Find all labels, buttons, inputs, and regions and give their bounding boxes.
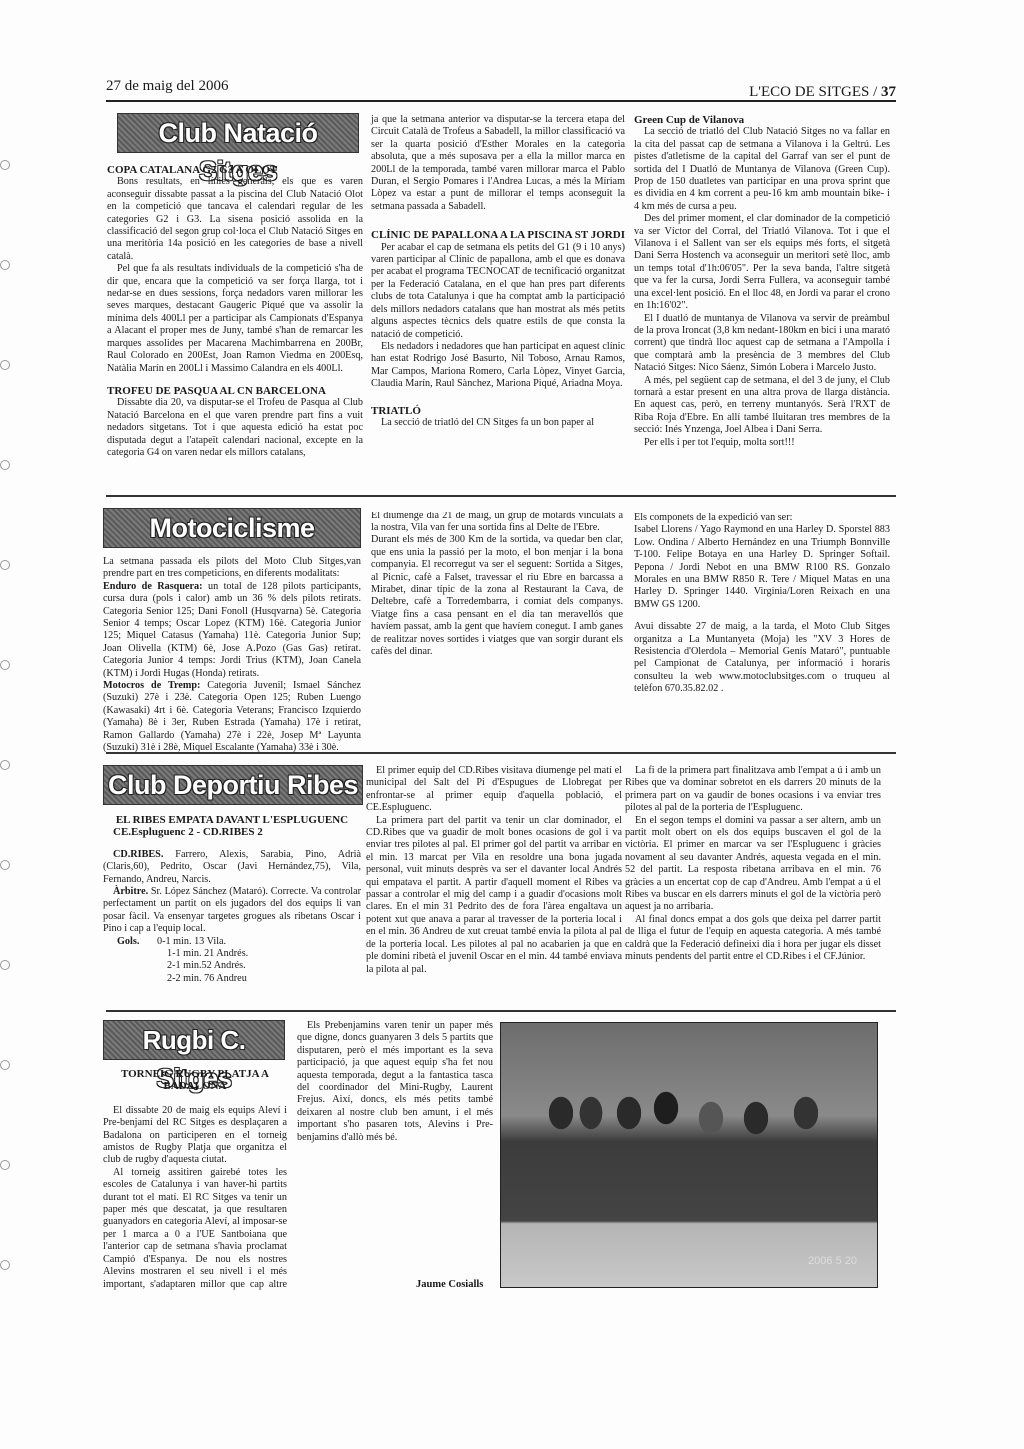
article-paragraph: Al torneig assitiren gairebé totes les e… [103,1167,287,1290]
article-paragraph: ja que la setmana anterior va disputar-s… [371,114,625,213]
article-heading: EL RIBES EMPATA DAVANT L'ESPLUGUENC [103,814,361,826]
article-paragraph: Al final doncs empat a dos gols que deix… [625,914,881,964]
goal-entry: 0-1 min. 13 Vila. [157,936,248,948]
article-paragraph: Pel que fa als resultats individuals de … [107,263,363,375]
article-paragraph: El diumenge dia 21 de maig, un grup de m… [371,512,623,534]
author-signature: Jaume Cosialls [416,1279,483,1290]
ribes-column-1: EL RIBES EMPATA DAVANT L'ESPLUGUENC CE.E… [103,814,361,985]
section-banner-rugbi: Rugbi C. Sitges [103,1020,285,1060]
section-banner-natacio: Club Natació Sitges [117,113,359,153]
team-photo: 2006 5 20 [500,1022,878,1288]
section-divider [106,752,896,754]
article-heading: CLÍNIC DE PAPALLONA A LA PISCINA ST JORD… [371,229,625,241]
rugbi-column-1: TORNEIG RUGBY PLATJA A BADALONA El dissa… [103,1068,287,1290]
section-divider [106,1010,896,1012]
article-paragraph: Per acabar el cap de setmana els petits … [371,242,625,341]
event-label: Motocros de Tremp: [103,680,200,691]
article-paragraph: El primer equip del CD.Ribes visitava di… [366,765,622,815]
article-paragraph: La fi de la primera part finalitzava amb… [625,765,881,815]
article-paragraph: El I duatló de muntanya de Vilanova va s… [634,313,890,375]
goals-list: Gols. 0-1 min. 13 Vila. 1-1 min. 21 Andr… [103,936,361,986]
page-number: 37 [881,84,896,100]
article-paragraph: Per ells i per tot l'equip, molta sort!!… [634,437,890,449]
event-label: Enduro de Rasquera: [103,581,203,592]
newspaper-page: 27 de maig del 2006 L'ECO DE SITGES / 37… [0,0,1024,1449]
goals-entries: 0-1 min. 13 Vila. 1-1 min. 21 Andrés. 2-… [157,936,248,986]
article-paragraph: Motocros de Tremp: Categoria Juvenil; Is… [103,680,361,754]
article-paragraph: Bons resultats, en línies generals, els … [107,176,363,263]
lineup-label: CD.RIBES. [113,849,163,860]
match-score-heading: CE.Espluguenc 2 - CD.RIBES 2 [103,826,361,838]
ring-hole [0,260,10,270]
goal-entry: 1-1 min. 21 Andrés. [157,948,248,960]
ring-hole [0,1160,10,1170]
article-heading: COPA CATALANA G2 G3 A OLOT [107,164,363,176]
natacio-column-3: Green Cup de Vilanova La secció de triat… [634,114,890,449]
ribes-column-2: El primer equip del CD.Ribes visitava di… [366,765,622,976]
ring-hole [0,1260,10,1270]
article-paragraph: La secció de triatló del CN Sitges fa un… [371,417,625,429]
ribes-column-3: La fi de la primera part finalitzava amb… [625,765,881,964]
article-paragraph: Durant els més de 300 Km de la sortida, … [371,534,623,658]
page-header: 27 de maig del 2006 L'ECO DE SITGES / 37 [106,76,896,102]
article-paragraph: El dissabte 20 de maig els equips Aleví … [103,1105,287,1167]
natacio-column-1: COPA CATALANA G2 G3 A OLOT Bons resultat… [107,164,363,459]
article-paragraph: Els componets de la expedició van ser: [634,512,890,524]
ring-hole [0,160,10,170]
article-paragraph: Avui dissabte 27 de maig, a la tarda, el… [634,621,890,695]
article-paragraph: La secció de triatló del Club Natació Si… [634,126,890,213]
article-heading: Green Cup de Vilanova [634,114,890,126]
photo-date-stamp: 2006 5 20 [808,1255,857,1267]
ring-hole [0,360,10,370]
publication-title: L'ECO DE SITGES / 37 [749,84,896,101]
article-heading: TRIATLÓ [371,405,625,417]
article-paragraph: La primera part del partit va tenir un c… [366,815,622,976]
header-rule [106,100,896,102]
ring-hole [0,460,10,470]
article-paragraph: Enduro de Rasquera: un total de 128 pilo… [103,581,361,680]
article-paragraph: Els Prebenjamins varen tenir un paper mé… [297,1020,493,1144]
article-paragraph: Des del primer moment, el clar dominador… [634,213,890,312]
section-banner-ribes: Club Deportiu Ribes [103,765,363,805]
article-paragraph: Dissabte dia 20, va disputar-se el Trofe… [107,397,363,459]
article-heading: TORNEIG RUGBY PLATJA A BADALONA [103,1068,287,1093]
article-paragraph: La setmana passada els pilots del Moto C… [103,556,361,581]
moto-column-3: Els componets de la expedició van ser: I… [634,512,890,696]
article-paragraph: Isabel Llorens / Yago Raymond en una Har… [634,524,890,611]
moto-column-2: . Supermotard de Can Padró: Categoria Fu… [371,512,623,747]
article-heading: TROFEU DE PASQUA AL CN BARCELONA [107,385,363,397]
lineup-paragraph: CD.RIBES. Farrero, Alexis, Sarabia, Pino… [103,849,361,886]
goal-entry: 2-2 min. 76 Andreu [157,973,248,985]
article-paragraph: En el segon temps el domini va passar a … [625,815,881,914]
issue-date: 27 de maig del 2006 [106,78,228,95]
section-banner-moto: Motociclisme [103,508,361,548]
article-paragraph: Els nedadors i nedadores que han partici… [371,341,625,391]
ring-hole [0,1060,10,1070]
rugbi-column-2: Els Prebenjamins varen tenir un paper mé… [297,1020,493,1270]
ring-hole [0,760,10,770]
publication-name: L'ECO DE SITGES / [749,84,881,100]
goal-entry: 2-1 min.52 Andrés. [157,960,248,972]
section-divider [106,495,896,497]
referee-paragraph: Àrbitre. Sr. López Sánchez (Mataró). Cor… [103,886,361,936]
ring-hole [0,560,10,570]
natacio-column-2: ja que la setmana anterior va disputar-s… [371,114,625,429]
ring-hole [0,660,10,670]
referee-label: Àrbitre. [113,886,148,897]
event-text: un total de 128 pilots participants, cur… [103,581,361,679]
article-paragraph: A més, pel següent cap de setmana, el de… [634,375,890,437]
moto-column-1: La setmana passada els pilots del Moto C… [103,556,361,755]
goals-label: Gols. [117,936,157,986]
ring-hole [0,860,10,870]
ring-hole [0,960,10,970]
